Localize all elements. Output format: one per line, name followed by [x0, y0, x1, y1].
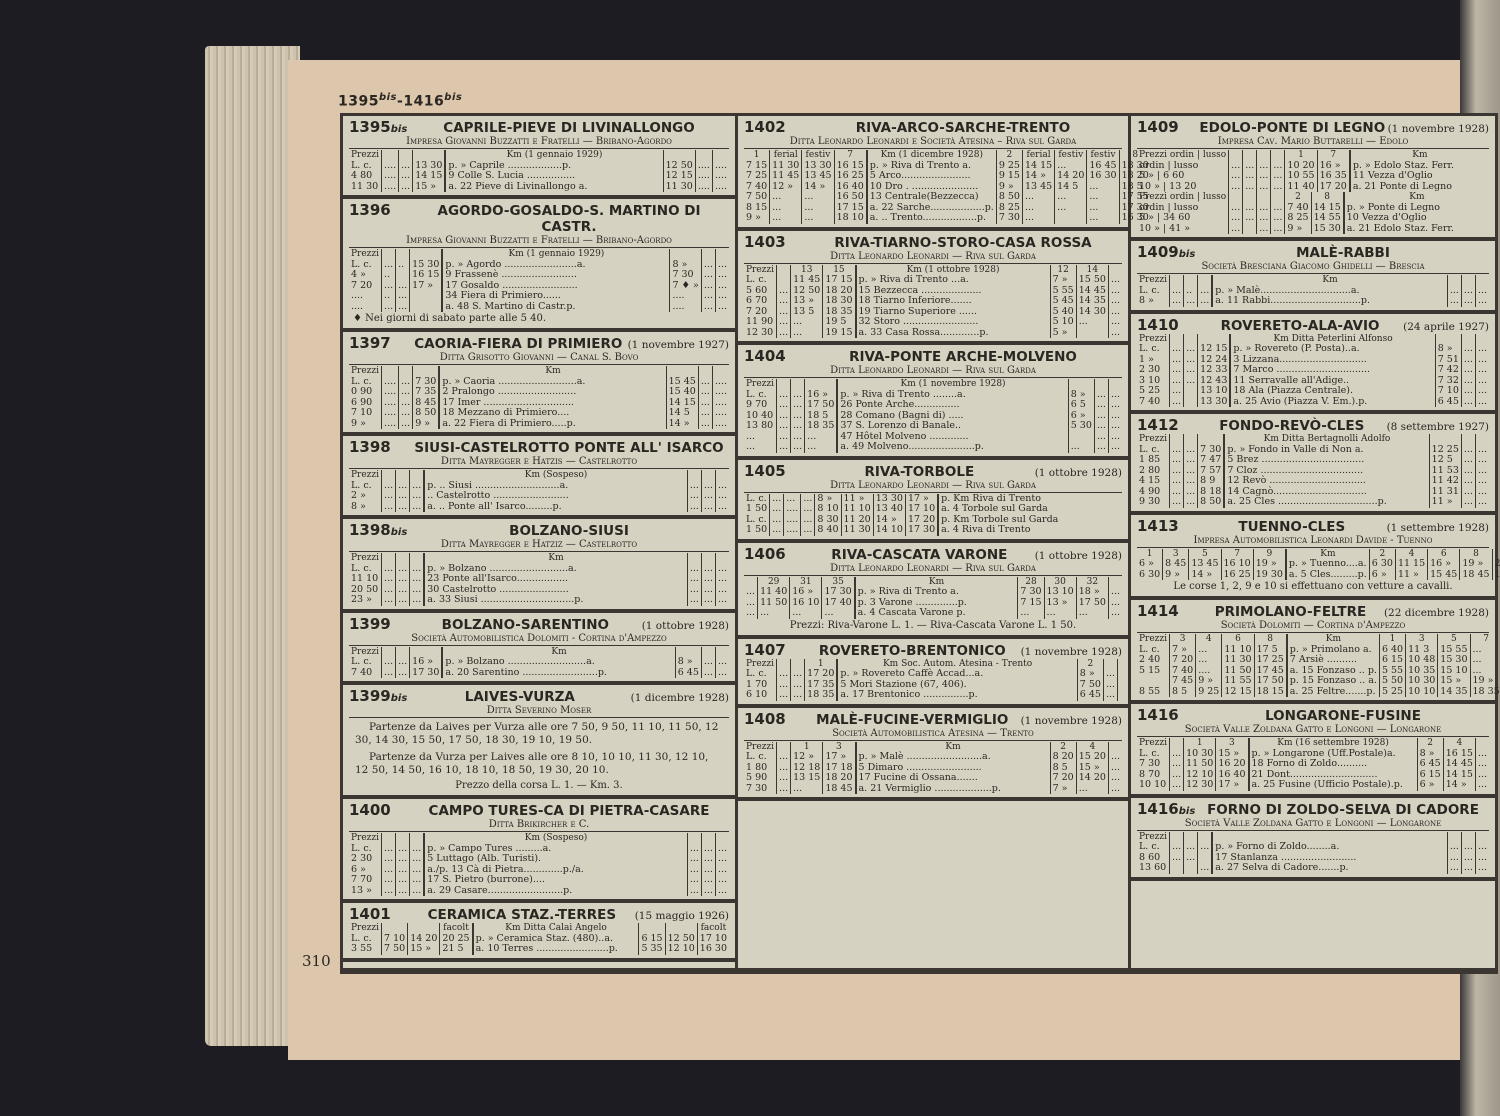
operator-name: Società Valle Zoldana Gatto e Longoni — …: [1137, 818, 1489, 831]
column-header: [382, 833, 396, 844]
time-cell: ...: [1475, 344, 1489, 355]
route-number-value: 1413: [1137, 517, 1179, 535]
timetable: 1ferialfestiv7Km (1 dicembre 1928)2feria…: [744, 150, 1151, 224]
operator-name: Ditta Grisotto Giovanni — Canal S. Bovo: [349, 352, 729, 365]
time-cell: ...: [410, 595, 425, 606]
time-cell: [410, 302, 443, 313]
time-cell: 10 55: [1285, 171, 1317, 182]
time-cell: 7 30: [1018, 587, 1044, 598]
column-header: [701, 470, 715, 481]
time-cell: ...: [410, 886, 425, 897]
timetable-header-row: PrezziKm Ditta Bertagnolli Adolfo: [1137, 434, 1489, 445]
route-header: 1409bisMALÈ-RABBI: [1137, 243, 1489, 261]
time-cell: ...: [1271, 224, 1285, 235]
column-header: [1068, 379, 1094, 390]
time-cell: ...: [701, 502, 715, 513]
time-cell: ...: [1257, 182, 1271, 193]
time-cell: ...: [1103, 669, 1117, 680]
operator-name: Ditta Leonardo Leonardi — Riva sul Garda: [744, 251, 1122, 264]
time-cell: ...: [1170, 344, 1184, 355]
route-number-value: 1404: [744, 347, 786, 365]
column-header: [1094, 379, 1108, 390]
column-header: 1: [1184, 738, 1216, 749]
timetable: Prezzi3468Km1357L. c.7 »...11 1017 5p. »…: [1137, 634, 1500, 697]
time-cell: ...: [1461, 365, 1475, 376]
timetable: PrezziKm (Sospeso)L. c..........p. » Cam…: [349, 833, 729, 896]
timetable-row: 5 25...13 1018 Ala (Piazza Centrale).7 1…: [1137, 386, 1489, 397]
route-number: 1416bis: [1137, 800, 1197, 818]
timetable-row: 6 »8 4513 4516 1019 »p. » Tuenno....a.6 …: [1137, 559, 1500, 570]
route-number: 1413: [1137, 517, 1197, 535]
operator-name: Ditta Mayregger e Hatziz — Castelrotto: [349, 539, 729, 552]
time-cell: ...: [701, 886, 715, 897]
operator-name: Impresa Automobilistica Leonardi Davide …: [1137, 535, 1489, 548]
route-number-value: 1408: [744, 710, 786, 728]
time-cell: 7 10: [1435, 386, 1461, 397]
route-number-value: 1397: [349, 334, 391, 352]
time-cell: ...: [701, 657, 715, 668]
time-cell: 10 48: [1406, 655, 1438, 666]
time-cell: ...: [777, 317, 791, 328]
timetable-row: 0 90.......7 352 Pralongo ..............…: [349, 387, 729, 398]
time-cell: ...: [1475, 455, 1489, 466]
route-number: 1404: [744, 347, 804, 365]
time-cell: ...: [1076, 784, 1108, 795]
station-name: a. 20 Sarentino ........................…: [442, 668, 675, 679]
route-number-value: 1398: [349, 438, 391, 456]
timetable-row: 9 ».......9 »a. 22 Fiera di Primiero....…: [349, 419, 729, 430]
column-header: [396, 833, 410, 844]
time-cell: ...: [410, 875, 425, 886]
route-title: LAIVES-VURZA: [409, 689, 631, 705]
time-cell: ...: [1108, 328, 1122, 339]
route-section: 1416bisFORNO DI ZOLDO-SELVA DI CADORESoc…: [1131, 798, 1495, 881]
effective-date: (1 novembre 1928): [1021, 646, 1122, 658]
time-cell: ...: [715, 886, 729, 897]
fare-cell: L. c.: [1137, 842, 1170, 853]
departures-paragraph: Partenze da Vurza per Laives alle ore 8 …: [349, 749, 729, 779]
time-cell: ...: [1257, 171, 1271, 182]
time-cell: ...: [1198, 842, 1213, 853]
fare-cell: 6 10: [744, 690, 777, 701]
operator-name: Società Automobilistica Atesina — Trento: [744, 728, 1122, 741]
column-header: [396, 249, 410, 260]
time-cell: 10 10: [1406, 687, 1438, 698]
time-cell: 11 »: [1429, 497, 1461, 508]
column-header: 1: [744, 150, 770, 161]
fare-cell: L. c.: [744, 275, 777, 286]
time-cell: 11 45: [770, 171, 802, 182]
timetable: Prezzi1Km Soc. Autom. Atesina - Trento2L…: [744, 659, 1122, 701]
time-cell: 16 25: [834, 171, 867, 182]
column-header: [1475, 738, 1489, 749]
time-cell: ...: [758, 608, 790, 619]
station-name: 32 Storo .........................: [856, 317, 1051, 328]
timetable-row: 7 40......17 30a. 20 Sarentino .........…: [349, 668, 729, 679]
column-header: 3: [1170, 634, 1196, 645]
route-section: 1395bisCAPRILE-PIEVE DI LIVINALLONGOImpr…: [343, 116, 735, 199]
column-header: facolt: [697, 923, 729, 934]
time-cell: ...: [1170, 455, 1184, 466]
timetable: PrezziL. c..........p. » Forno di Zoldo.…: [1137, 832, 1489, 874]
time-cell: 16 50: [834, 192, 867, 203]
time-cell: ...: [1475, 863, 1489, 874]
route-title: ROVERETO-ALA-AVIO: [1197, 318, 1403, 334]
route-header: 1407ROVERETO-BRENTONICO(1 novembre 1928): [744, 641, 1122, 659]
column-header: [1229, 192, 1243, 203]
timetable-row: 13 80......18 3537 S. Lorenzo di Banale.…: [744, 421, 1122, 432]
time-cell: ...: [1475, 497, 1489, 508]
time-cell: ...: [396, 875, 410, 886]
route-bis-suffix: bis: [391, 693, 408, 704]
column-header: festiv: [1087, 150, 1119, 161]
time-cell: ...: [715, 657, 729, 668]
column-header: [1257, 192, 1271, 203]
timetable-row: L. c..........p. » Forno di Zoldo.......…: [1137, 842, 1489, 853]
station-name: 7 Arsiè ..........: [1287, 655, 1380, 666]
time-cell: 7 »: [1050, 784, 1076, 795]
station-name: 5 Luttago (Alb. Turisti).: [424, 854, 687, 865]
fare-cell: L. c.: [1137, 344, 1170, 355]
fare-cell: 10 10: [1137, 780, 1170, 791]
route-number: 1416: [1137, 706, 1197, 724]
time-cell: [1076, 328, 1108, 339]
time-cell: ...: [801, 504, 815, 515]
route-section: 1405RIVA-TORBOLE(1 ottobre 1928)Ditta Le…: [738, 460, 1128, 543]
time-cell: ...: [1170, 780, 1184, 791]
timetable-row: 2 407 20...11 3017 257 Arsiè ..........6…: [1137, 655, 1500, 666]
time-cell: [1118, 680, 1123, 691]
timetable-row: 1 85......7 475 Brez ...................…: [1137, 455, 1489, 466]
time-cell: 9 25: [1196, 687, 1222, 698]
time-cell: 17 20: [1317, 182, 1350, 193]
timetable: Prezzi ordin | lusso28Kmordin | lusso...…: [1137, 192, 1489, 234]
timetable-row: 1 50..........8 4011 3014 1017 30a. 4 Ri…: [744, 525, 1122, 536]
time-cell: ...: [1461, 863, 1475, 874]
timetable-header-row: PrezziKm (1 novembre 1928): [744, 379, 1122, 390]
time-cell: 17 »: [1216, 780, 1249, 791]
timetable-row: 3 557 5015 »21 5a. 10 Terres ...........…: [349, 944, 729, 955]
time-cell: 13 »: [791, 296, 823, 307]
column-header: Prezzi: [744, 379, 777, 390]
column-header: [715, 249, 729, 260]
time-cell: 19 »: [1470, 676, 1500, 687]
time-cell: 11 45: [791, 275, 823, 286]
time-cell: ...: [777, 690, 791, 701]
fare-cell: L. c.: [349, 657, 382, 668]
column-header: [1198, 275, 1213, 286]
time-cell: ...: [1475, 842, 1489, 853]
time-cell: 8 5: [1170, 687, 1196, 698]
time-cell: ...: [777, 421, 791, 432]
column-header: [1475, 275, 1489, 286]
time-cell: ...: [396, 657, 410, 668]
timetable-row: L. c.......12 15p. » Rovereto (P. Posta)…: [1137, 344, 1489, 355]
timetable-header-row: Prezzi3468Km1357: [1137, 634, 1500, 645]
column-header: [382, 150, 399, 161]
timetable: 13579Km2468106 »8 4513 4516 1019 »p. » T…: [1137, 549, 1500, 581]
station-name: a. 29 Casare.........................p.: [424, 886, 687, 897]
timetable-header-row: Prezzi ordin | lusso28Km: [1137, 192, 1489, 203]
column-header: [1271, 192, 1285, 203]
time-cell: 17 50: [805, 400, 838, 411]
time-cell: ...: [715, 574, 729, 585]
fare-cell: 5 25: [1137, 386, 1170, 397]
time-cell: 11 30: [663, 182, 695, 193]
running-head-start: 1395: [338, 94, 379, 110]
station-name: a. 21 Vermiglio ...................p.: [856, 784, 1051, 795]
time-cell: ...: [687, 502, 701, 513]
time-cell: ...: [396, 502, 410, 513]
column-header: [1461, 275, 1475, 286]
fare-cell: 7 10: [349, 408, 382, 419]
time-cell: 6 »: [1369, 570, 1395, 581]
time-cell: ...: [1108, 442, 1122, 453]
station-name: 34 Fiera di Primiero......: [442, 291, 670, 302]
column-header: [1229, 150, 1243, 161]
time-cell: ...: [687, 886, 701, 897]
route-header: 1414PRIMOLANO-FELTRE(22 dicembre 1928): [1137, 602, 1489, 620]
time-cell: 8 50: [1198, 497, 1225, 508]
time-cell: ...: [1257, 224, 1271, 235]
timetable-row: 10 » | 13 20............11 4017 20a. 21 …: [1137, 182, 1489, 193]
time-cell: 9 15: [996, 171, 1022, 182]
route-section: 1410ROVERETO-ALA-AVIO(24 aprile 1927)Pre…: [1131, 314, 1495, 415]
column-header: Km: [1287, 634, 1380, 645]
time-cell: 11 »: [1395, 570, 1427, 581]
route-bis-suffix: bis: [391, 124, 408, 135]
time-cell: 8 »: [675, 657, 701, 668]
time-cell: 8 50: [413, 408, 440, 419]
time-cell: 14 20: [1055, 171, 1087, 182]
time-cell: 15 45: [1428, 570, 1460, 581]
station-name: 5 Brez .................................…: [1224, 455, 1429, 466]
station-name: p. » Riva di Trento a.: [855, 587, 1018, 598]
timetable: Prezzi13Km (16 settembre 1928)24L. c....…: [1137, 738, 1489, 791]
time-cell: ....: [382, 419, 399, 430]
timetable-row: 7 30......18 45a. 21 Vermiglio .........…: [744, 784, 1122, 795]
time-cell: ...: [1461, 296, 1475, 307]
column-header: [408, 923, 440, 934]
timetable-header-row: 1ferialfestiv7Km (1 dicembre 1928)2feria…: [744, 150, 1151, 161]
column-header: 7: [1317, 150, 1350, 161]
running-head-bis: bis: [379, 92, 397, 103]
time-cell: ...: [396, 668, 410, 679]
time-cell: 11 30: [1222, 655, 1254, 666]
fare-cell: 7 40: [1137, 397, 1170, 408]
fare-note: Prezzi: Riva-Varone L. 1. — Riva-Cascata…: [744, 619, 1122, 632]
time-cell: ...: [1184, 296, 1198, 307]
route-number-value: 1401: [349, 905, 391, 923]
column-header: [399, 150, 413, 161]
time-cell: ...: [1271, 171, 1285, 182]
time-cell: 17 25: [1254, 655, 1287, 666]
fare-cell: 7 30: [1137, 759, 1170, 770]
timetable-row: 13 ».........a. 29 Casare...............…: [349, 886, 729, 897]
time-cell: 15 50: [1076, 275, 1108, 286]
route-section: 1403RIVA-TIARNO-STORO-CASA ROSSADitta Le…: [738, 231, 1128, 346]
time-cell: ..: [382, 270, 396, 281]
column-header: Prezzi: [349, 923, 382, 934]
route-number-value: 1410: [1137, 316, 1179, 334]
time-cell: 12 15: [1222, 687, 1254, 698]
route-bis-suffix: bis: [1179, 249, 1196, 260]
operator-name: Ditta Leonardo Leonardi e Società Atesin…: [744, 136, 1122, 149]
fare-cell: 9 »: [349, 419, 382, 430]
time-cell: ...: [791, 784, 823, 795]
column-header: [791, 379, 805, 390]
time-cell: 16 30: [697, 944, 729, 955]
time-cell: ...: [687, 491, 701, 502]
time-cell: ...: [698, 408, 712, 419]
time-cell: 11 55: [1222, 676, 1254, 687]
time-cell: ....: [712, 171, 729, 182]
time-cell: 11 15: [1395, 559, 1427, 570]
time-cell: 13 10: [1198, 386, 1231, 397]
route-header: 1403RIVA-TIARNO-STORO-CASA ROSSA: [744, 233, 1122, 251]
column-header: [413, 366, 440, 377]
station-name: 37 S. Lorenzo di Banale..: [837, 421, 1068, 432]
time-cell: ...: [1076, 317, 1108, 328]
time-cell: 12 10: [665, 944, 697, 955]
time-cell: 18 45: [823, 784, 856, 795]
time-cell: 11 50: [1184, 759, 1216, 770]
time-cell: ...: [1475, 386, 1489, 397]
timetable-row: ..........a. 48 S. Martino di Castr.p...…: [349, 302, 729, 313]
time-cell: 13 40: [873, 504, 905, 515]
column-header: [777, 379, 791, 390]
time-cell: 7 30: [996, 213, 1022, 224]
effective-date: (22 dicembre 1928): [1384, 607, 1489, 619]
time-cell: 16 35: [1317, 171, 1350, 182]
running-head-bis: bis: [444, 92, 462, 103]
book-page-edges: [205, 46, 300, 1046]
time-cell: ...: [715, 491, 729, 502]
route-header: 1396AGORDO-GOSALDO-S. MARTINO DI CASTR.: [349, 201, 729, 235]
effective-date: (1 ottobre 1928): [1035, 550, 1122, 562]
column-header: [396, 470, 410, 481]
time-cell: 19 15: [823, 328, 856, 339]
time-cell: ....: [712, 387, 729, 398]
route-header: 1408MALÈ-FUCINE-VERMIGLIO(1 novembre 192…: [744, 710, 1122, 728]
station-name: a. 25 Fusine (Ufficio Postale).p.: [1249, 780, 1418, 791]
time-cell: ...: [1243, 213, 1257, 224]
time-cell: 17 50: [1254, 676, 1287, 687]
effective-date: (1 settembre 1928): [1387, 522, 1489, 534]
time-cell: 8 45: [1163, 559, 1189, 570]
time-cell: 14 20: [1076, 773, 1108, 784]
time-cell: 12 15: [663, 171, 695, 182]
route-number-value: 1406: [744, 545, 786, 563]
time-cell: ...: [1461, 455, 1475, 466]
column-header: [715, 470, 729, 481]
time-cell: 18 45: [1460, 570, 1492, 581]
column-header: ferial: [770, 150, 802, 161]
time-cell: 11 40: [758, 587, 790, 598]
time-cell: 10 30: [1406, 676, 1438, 687]
time-cell: ...: [396, 595, 410, 606]
time-cell: 12 5: [1429, 455, 1461, 466]
time-cell: ...: [382, 668, 396, 679]
time-cell: 14 »: [1443, 780, 1475, 791]
timetable-row: 12 30......19 15a. 33 Casa Rossa........…: [744, 328, 1122, 339]
route-header: 1400CAMPO TURES-CA DI PIETRA-CASARE: [349, 801, 729, 819]
column-header: [382, 553, 396, 564]
time-cell: ...: [1229, 213, 1243, 224]
time-cell: 19 »: [1460, 559, 1492, 570]
time-cell: [1118, 690, 1123, 701]
fare-cell: 8 »: [349, 502, 382, 513]
fare-note: Le corse 1, 2, 9 e 10 si effettuano con …: [1137, 580, 1489, 593]
time-cell: ...: [1103, 690, 1117, 701]
time-cell: 20 »: [1492, 559, 1500, 570]
time-cell: ...: [777, 400, 791, 411]
fare-cell: 1 85: [1137, 455, 1170, 466]
time-cell: ...: [1461, 386, 1475, 397]
route-number: 1401: [349, 905, 409, 923]
time-cell: 17 30: [822, 587, 855, 598]
column-header: Prezzi: [1137, 275, 1170, 286]
station-name: 13 Centrale(Bezzecca): [867, 192, 997, 203]
route-number: 1396: [349, 201, 409, 219]
time-cell: ...: [1022, 213, 1054, 224]
effective-date: (1 dicembre 1928): [631, 692, 729, 704]
time-cell: ...: [791, 328, 823, 339]
route-title: RIVA-TORBOLE: [804, 464, 1035, 480]
column-header: [1243, 192, 1257, 203]
time-cell: ...: [770, 213, 802, 224]
route-header: 1398SIUSI-CASTELROTTO PONTE ALL' ISARCO: [349, 438, 729, 456]
time-cell: ...: [396, 854, 410, 865]
time-cell: 7 »: [1050, 275, 1076, 286]
time-cell: ...: [1475, 296, 1489, 307]
station-name: 18 Ala (Piazza Centrale).: [1230, 386, 1435, 397]
time-cell: ...: [715, 302, 729, 313]
time-cell: ....: [712, 419, 729, 430]
timetable-row: 7 459 »11 5517 50p. 15 Fonzaso .. a.5 50…: [1137, 676, 1500, 687]
time-cell: ...: [382, 491, 396, 502]
running-head-end: -1416: [397, 94, 444, 110]
operator-name: Società Bresciana Giacomo Ghidelli — Bre…: [1137, 261, 1489, 274]
route-title: TUENNO-CLES: [1197, 519, 1387, 535]
time-cell: ...: [1475, 780, 1489, 791]
column-header: Km (Sospeso): [424, 470, 687, 481]
time-cell: ...: [777, 669, 791, 680]
time-cell: 14 35: [1076, 296, 1108, 307]
time-cell: ...: [1229, 182, 1243, 193]
column-header: [715, 833, 729, 844]
station-name: 9 Frassenè .........................: [442, 270, 670, 281]
time-cell: 16 »: [790, 587, 822, 598]
column-header: [410, 553, 425, 564]
time-cell: ...: [382, 875, 396, 886]
route-section: 1399bisLAIVES-VURZA(1 dicembre 1928)Ditt…: [343, 685, 735, 799]
time-cell: 8 9: [1198, 476, 1225, 487]
route-title: BOLZANO-SARENTINO: [409, 617, 642, 633]
time-cell: 6 5: [1068, 400, 1094, 411]
time-cell: 6 45: [1417, 759, 1443, 770]
time-cell: ...: [1022, 192, 1054, 203]
time-cell: 11 10: [841, 504, 873, 515]
time-cell: 19 30: [1492, 570, 1500, 581]
fare-cell: 12 30: [744, 328, 777, 339]
timetable: PrezziKmL. c..........p. » Bolzano .....…: [349, 553, 729, 606]
time-cell: ...: [1184, 842, 1198, 853]
time-cell: 7 45: [1170, 676, 1196, 687]
time-cell: ...: [410, 502, 425, 513]
fare-cell: 11 90: [744, 317, 777, 328]
time-cell: 16 »: [1428, 559, 1460, 570]
